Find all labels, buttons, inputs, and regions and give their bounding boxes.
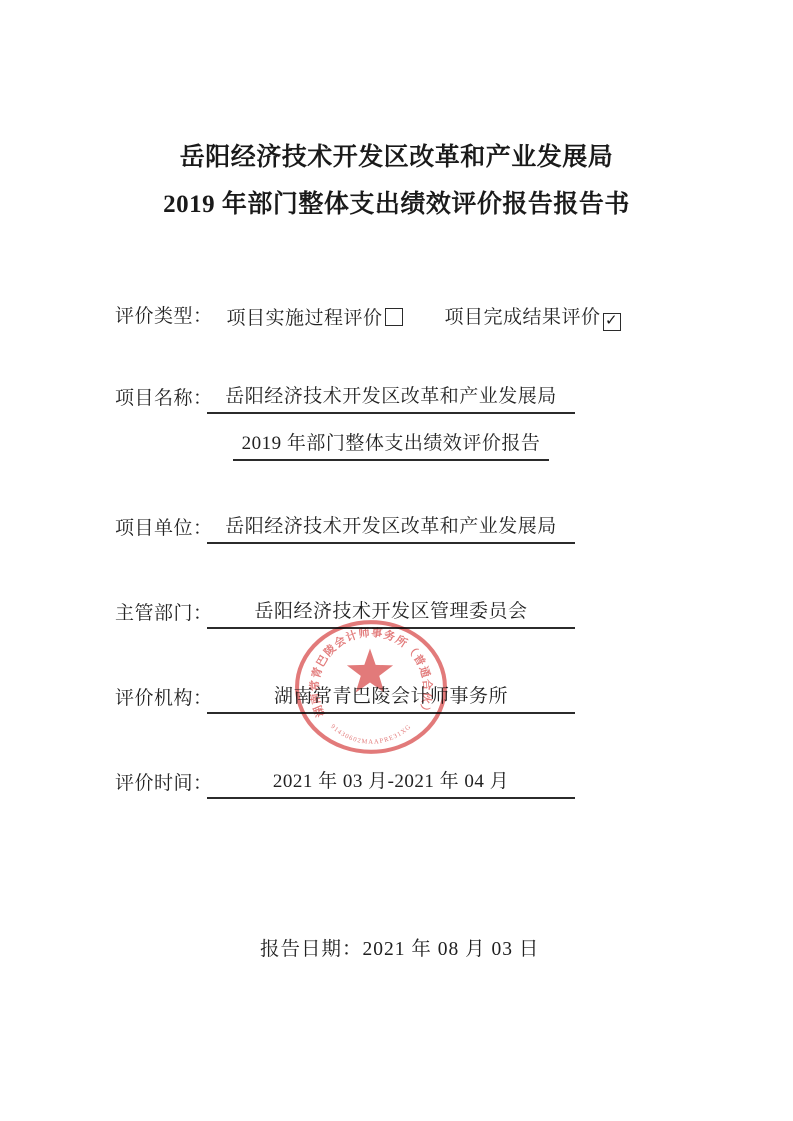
- project-name-value-line1: 岳阳经济技术开发区改革和产业发展局: [207, 381, 575, 414]
- project-name-value-line2: 2019 年部门整体支出绩效评价报告: [233, 428, 549, 461]
- title-line-1: 岳阳经济技术开发区改革和产业发展局: [0, 134, 793, 181]
- project-name-label: 项目名称：: [115, 383, 215, 414]
- eval-period-row: 评价时间： 2021 年 03 月-2021 年 04 月: [115, 766, 575, 799]
- checkbox-checked-icon: ✓: [603, 313, 621, 331]
- checkbox-unchecked-icon: [385, 308, 403, 326]
- evaluator-value: 湖南常青巴陵会计师事务所: [207, 681, 575, 714]
- eval-period-label: 评价时间：: [115, 768, 215, 799]
- eval-option-process: 项目实施过程评价: [227, 303, 403, 330]
- supervisor-label: 主管部门：: [115, 598, 215, 629]
- report-date: 报告日期：2021 年 08 月 03 日: [260, 933, 539, 961]
- project-unit-label: 项目单位：: [115, 513, 215, 544]
- title-line-2: 2019 年部门整体支出绩效评价报告报告书: [0, 181, 793, 228]
- supervisor-value: 岳阳经济技术开发区管理委员会: [207, 596, 575, 629]
- report-cover-page: 岳阳经济技术开发区改革和产业发展局 2019 年部门整体支出绩效评价报告报告书 …: [0, 0, 793, 1121]
- report-date-label: 报告日期：: [260, 939, 363, 960]
- project-name-row: 项目名称： 岳阳经济技术开发区改革和产业发展局: [115, 381, 575, 414]
- eval-type-row: 评价类型： 项目实施过程评价 项目完成结果评价✓: [115, 301, 621, 332]
- eval-period-value: 2021 年 03 月-2021 年 04 月: [207, 766, 575, 799]
- report-date-value: 2021 年 08 月 03 日: [363, 939, 540, 960]
- evaluator-row: 评价机构： 湖南常青巴陵会计师事务所: [115, 681, 575, 714]
- check-mark: ✓: [605, 314, 618, 329]
- eval-option-result-text: 项目完成结果评价: [445, 307, 601, 328]
- evaluator-label: 评价机构：: [115, 683, 215, 714]
- project-unit-value: 岳阳经济技术开发区改革和产业发展局: [207, 511, 575, 544]
- seal-code-text: 91430602MAAPRE31XG: [329, 723, 413, 746]
- supervisor-row: 主管部门： 岳阳经济技术开发区管理委员会: [115, 596, 575, 629]
- eval-option-result: 项目完成结果评价✓: [445, 302, 621, 331]
- project-unit-row: 项目单位： 岳阳经济技术开发区改革和产业发展局: [115, 511, 575, 544]
- eval-type-label: 评价类型：: [115, 301, 213, 332]
- document-title: 岳阳经济技术开发区改革和产业发展局 2019 年部门整体支出绩效评价报告报告书: [0, 134, 793, 228]
- eval-option-process-text: 项目实施过程评价: [227, 308, 383, 329]
